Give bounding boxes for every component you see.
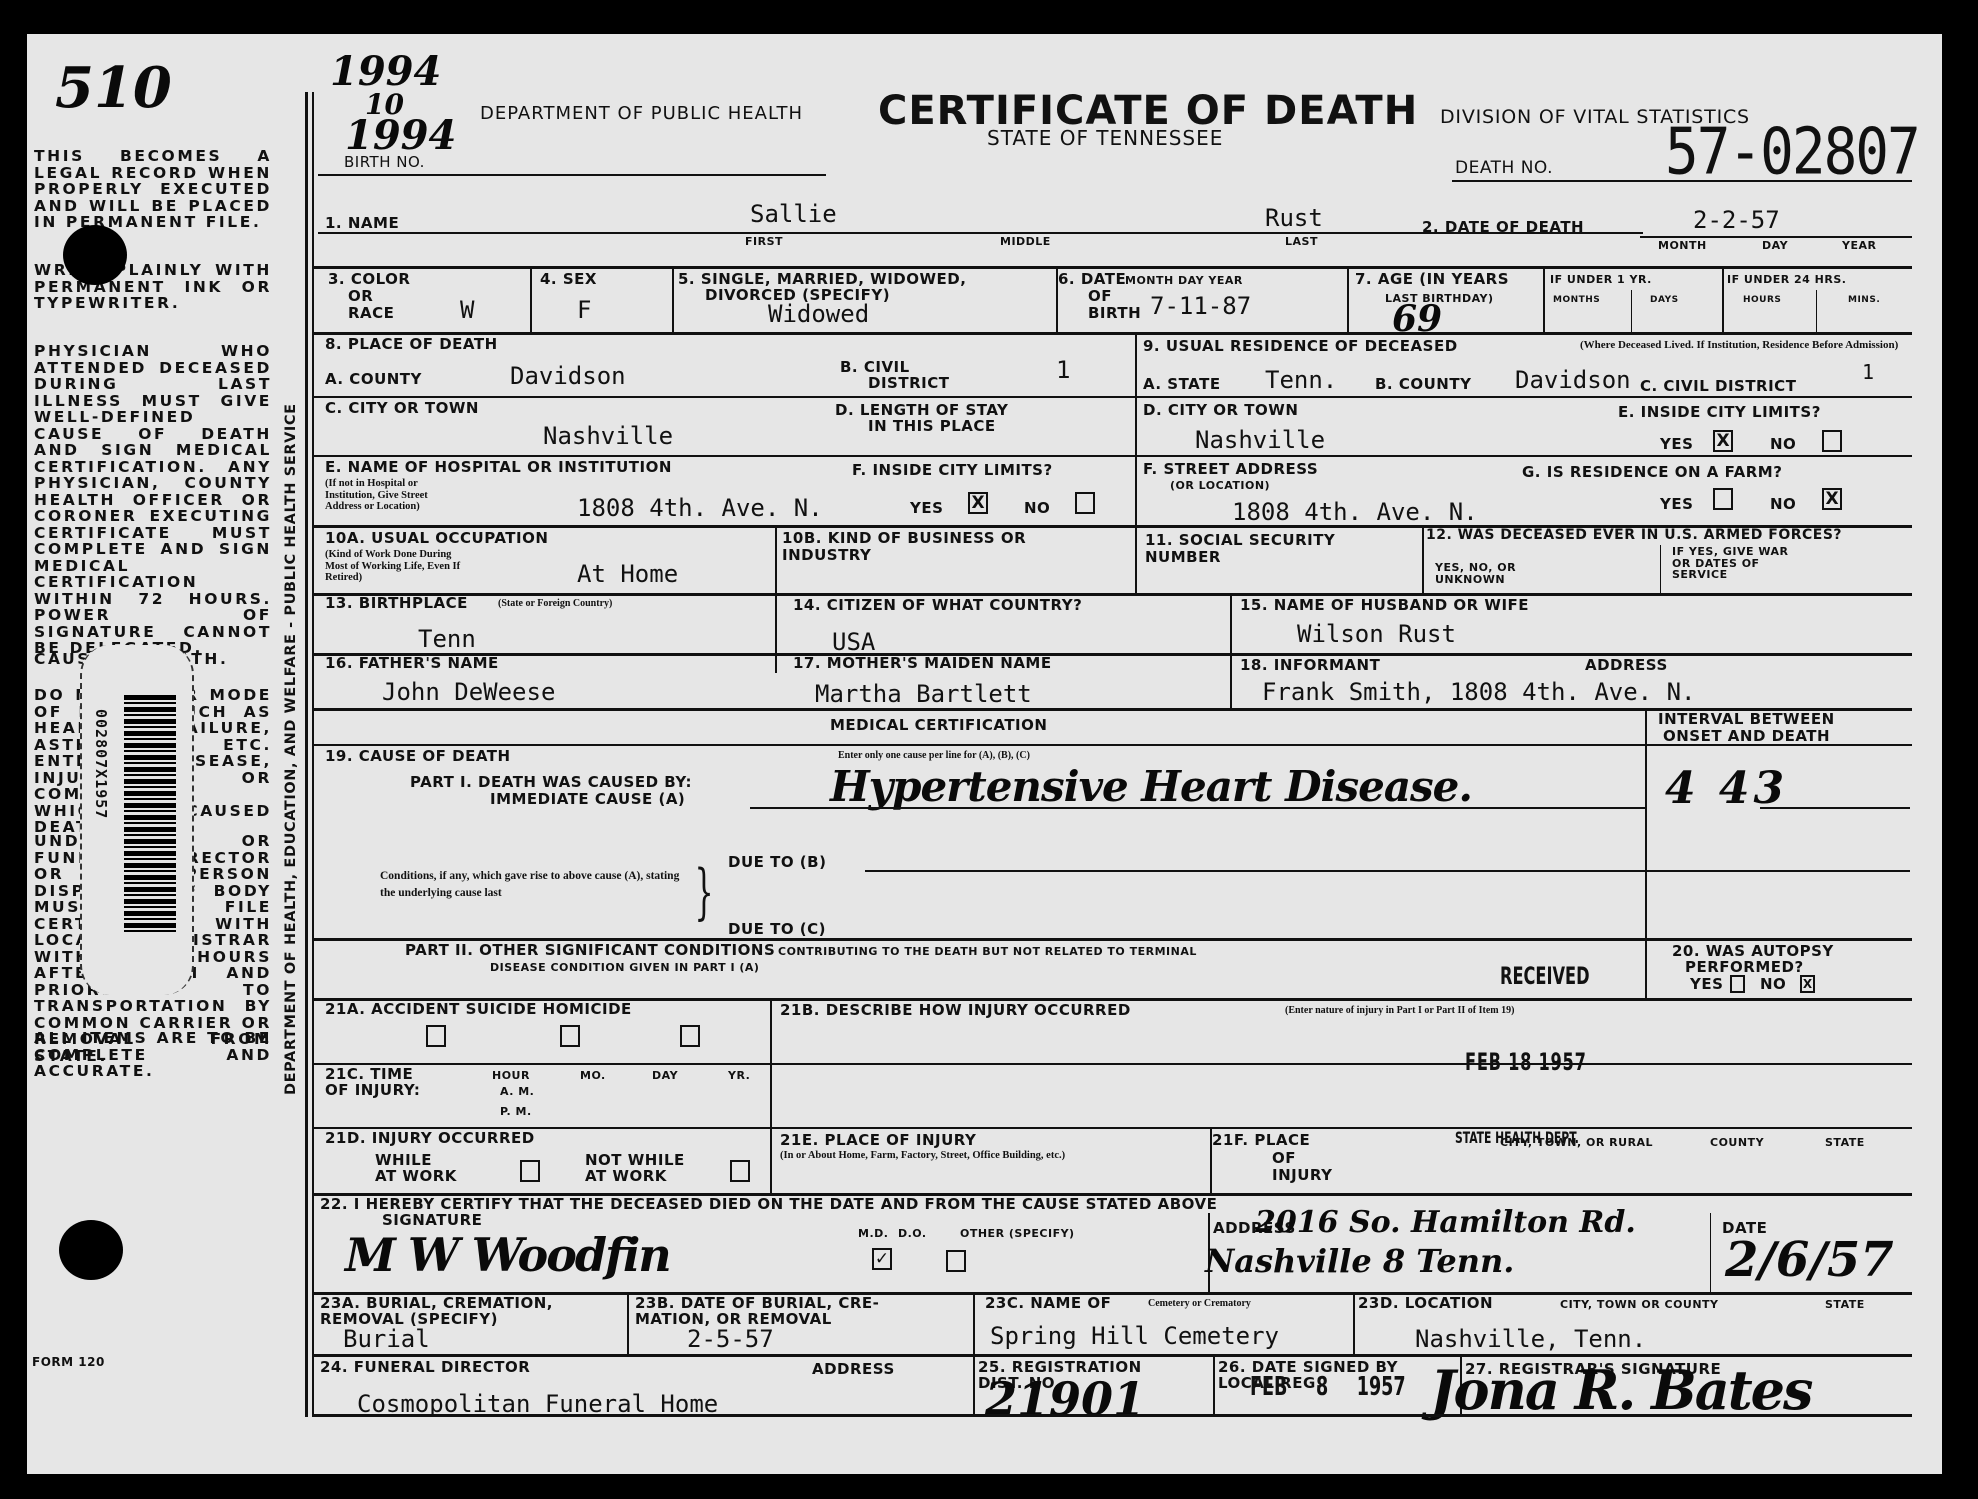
res-civil-district-label: C. CIVIL DISTRICT <box>1640 379 1796 395</box>
part2-label: PART II. OTHER SIGNIFICANT CONDITIONS <box>405 943 775 959</box>
mother-label: 17. MOTHER'S MAIDEN NAME <box>793 656 1052 672</box>
birthplace-note: (State or Foreign Country) <box>498 598 612 609</box>
ssn-label-2: NUMBER <box>1145 550 1221 566</box>
residence-note: (Where Deceased Lived. If Institution, R… <box>1580 339 1905 351</box>
res-street-label-1: F. STREET ADDRESS <box>1143 462 1318 478</box>
res-inside-yes-checkbox[interactable]: X <box>1713 430 1733 452</box>
dob-label-mdy: MONTH DAY YEAR <box>1125 275 1243 287</box>
autopsy-yes-label: YES <box>1690 977 1723 993</box>
day-label: DAY <box>1762 240 1788 252</box>
other-specify-label: OTHER (SPECIFY) <box>960 1228 1075 1240</box>
divider <box>312 744 1912 746</box>
physician-signature: M W Woodfin <box>345 1228 670 1282</box>
interval-line <box>1760 807 1910 809</box>
handwritten-birth-no-3: 1994 <box>345 112 456 159</box>
autopsy-yes-checkbox[interactable] <box>1730 975 1745 993</box>
divider <box>312 653 1912 656</box>
state-health-dept-stamp: STATE HEALTH DEPT. <box>1455 1128 1579 1147</box>
pm-label: P. M. <box>500 1106 532 1118</box>
divider <box>312 1063 1912 1065</box>
medical-heading: MEDICAL CERTIFICATION <box>830 718 1047 734</box>
birth-no-label: BIRTH NO. <box>344 155 425 171</box>
inj-day-label: DAY <box>652 1070 678 1082</box>
informant-label: 18. INFORMANT <box>1240 658 1380 674</box>
month-label: MONTH <box>1658 240 1707 252</box>
father-label: 16. FATHER'S NAME <box>325 656 499 672</box>
dob-label-3: BIRTH <box>1088 306 1141 322</box>
punch-hole-bottom <box>59 1220 123 1280</box>
certify-date-value: 2/6/57 <box>1725 1232 1894 1288</box>
res-civil-district-value[interactable]: 1 <box>1862 360 1874 384</box>
date-received-stamp: FEB 18 1957 <box>1465 1048 1587 1076</box>
md-checkbox[interactable]: ✓ <box>872 1248 892 1270</box>
injury-occurred-label: 21D. INJURY OCCURRED <box>325 1131 535 1147</box>
punch-hole-top <box>63 225 127 285</box>
divider <box>1353 1292 1355 1354</box>
occupation-note: (Kind of Work Done During Most of Workin… <box>325 549 475 584</box>
form-left-border-inner <box>312 92 314 1417</box>
informant-value[interactable]: Frank Smith, 1808 4th. Ave. N. <box>1262 678 1695 706</box>
accident-checkbox[interactable] <box>426 1025 446 1047</box>
color-label-1: 3. COLOR <box>328 272 410 288</box>
barcode-label: 002807X1957 <box>80 645 194 995</box>
business-label-2: INDUSTRY <box>782 548 871 564</box>
yr-label: YR. <box>728 1070 750 1082</box>
birthplace-label: 13. BIRTHPLACE <box>325 596 468 612</box>
place-f-label-3: INJURY <box>1272 1168 1333 1184</box>
vertical-department-label: DEPARTMENT OF HEALTH, EDUCATION, AND WEL… <box>283 403 299 1095</box>
md-label: M.D. <box>858 1228 888 1240</box>
pod-civil-district-value[interactable]: 1 <box>1056 356 1070 384</box>
inj-state-label: STATE <box>1825 1137 1865 1149</box>
res-farm-no-label: NO <box>1770 497 1796 513</box>
res-county-label: B. COUNTY <box>1375 377 1471 393</box>
res-farm-yes-checkbox[interactable] <box>1713 488 1733 510</box>
homicide-checkbox[interactable] <box>680 1025 700 1047</box>
location-note: CITY, TOWN OR COUNTY <box>1560 1299 1719 1311</box>
autopsy-no-checkbox[interactable]: X <box>1800 975 1815 993</box>
divider <box>1347 266 1349 332</box>
divider <box>1230 593 1232 708</box>
divider <box>530 266 532 332</box>
do-label: D.O. <box>898 1228 927 1240</box>
birth-no-line <box>318 174 826 176</box>
while-at-work-checkbox[interactable] <box>520 1160 540 1182</box>
divider <box>672 266 674 332</box>
pod-inside-yes-checkbox[interactable]: X <box>968 492 988 514</box>
place-of-death-heading: 8. PLACE OF DEATH <box>325 337 498 353</box>
death-no-label: DEATH NO. <box>1455 160 1553 178</box>
dob-label-2: OF <box>1088 289 1112 305</box>
divider <box>1135 332 1137 530</box>
divider <box>312 396 1912 398</box>
citizen-label: 14. CITIZEN OF WHAT COUNTRY? <box>793 598 1082 614</box>
place-of-injury-note: (In or About Home, Farm, Factory, Street… <box>780 1150 1200 1162</box>
form-bottom-line <box>312 1414 1912 1417</box>
divider <box>312 593 1912 596</box>
do-checkbox[interactable] <box>946 1250 966 1272</box>
first-label: FIRST <box>745 236 783 248</box>
res-city-label: D. CITY OR TOWN <box>1143 403 1298 419</box>
pod-civil-district-label-2: DISTRICT <box>868 376 949 392</box>
death-no-line <box>1452 180 1912 182</box>
pod-no-label: NO <box>1024 501 1050 517</box>
disposition-value[interactable]: Burial <box>343 1325 430 1353</box>
pod-county-value[interactable]: Davidson <box>510 362 626 390</box>
cause-a-line <box>750 807 1645 809</box>
notice-physician: PHYSICIAN WHO ATTENDED DECEASED DURING L… <box>34 343 272 657</box>
autopsy-label-2: PERFORMED? <box>1685 960 1804 976</box>
divider <box>312 1354 1912 1357</box>
suicide-checkbox[interactable] <box>560 1025 580 1047</box>
sex-value[interactable]: F <box>577 296 591 324</box>
divider <box>312 455 1912 457</box>
describe-injury-note: (Enter nature of injury in Part I or Par… <box>1285 1005 1514 1016</box>
mins-label: MINS. <box>1848 296 1880 305</box>
interval-label-2: ONSET AND DEATH <box>1663 729 1830 745</box>
part2-note-1: CONTRIBUTING TO THE DEATH BUT NOT RELATE… <box>778 946 1197 958</box>
res-farm-no-checkbox[interactable]: X <box>1822 488 1842 510</box>
res-state-label: A. STATE <box>1143 377 1221 393</box>
occupation-value[interactable]: At Home <box>577 560 678 588</box>
date-of-death-line <box>1640 236 1912 238</box>
location-value[interactable]: Nashville, Tenn. <box>1415 1325 1646 1353</box>
pod-hospital-label: E. NAME OF HOSPITAL OR INSTITUTION <box>325 460 672 476</box>
dob-label-1: 6. DATE <box>1058 272 1126 288</box>
res-farm-yes-label: YES <box>1660 497 1693 513</box>
handwritten-file-number: 510 <box>55 55 172 121</box>
year-label: YEAR <box>1842 240 1876 252</box>
divider <box>770 998 772 1193</box>
armed-forces-label: 12. WAS DECEASED EVER IN U.S. ARMED FORC… <box>1426 528 1842 543</box>
immediate-cause-value[interactable]: Hypertensive Heart Disease. <box>830 762 1472 811</box>
row2-top-line <box>312 266 1912 269</box>
divider <box>1213 1354 1215 1416</box>
mother-value[interactable]: Martha Bartlett <box>815 680 1032 708</box>
cemetery-value[interactable]: Spring Hill Cemetery <box>990 1322 1279 1350</box>
days-label: DAYS <box>1650 296 1679 305</box>
cause-of-death-label: 19. CAUSE OF DEATH <box>325 749 511 765</box>
date-of-death-value[interactable]: 2-2-57 <box>1693 206 1780 234</box>
cause-instruction: Enter only one cause per line for (A), (… <box>838 750 1030 761</box>
res-no-label: NO <box>1770 437 1796 453</box>
registrar-signature: Jona R. Bates <box>1430 1358 1811 1422</box>
notice-legal-record: THIS BECOMES A LEGAL RECORD WHEN PROPERL… <box>34 148 272 231</box>
pod-yes-label: YES <box>910 501 943 517</box>
certify-address-line-2: Nashville 8 Tenn. <box>1205 1242 1514 1280</box>
color-label-2: OR <box>348 289 373 305</box>
signature-label: SIGNATURE <box>382 1213 482 1229</box>
divider <box>973 1292 975 1354</box>
received-stamp: RECEIVED <box>1500 962 1590 990</box>
birthplace-value[interactable]: Tenn <box>418 625 476 653</box>
res-street-label-2: (OR LOCATION) <box>1170 480 1270 492</box>
department-label: DEPARTMENT OF PUBLIC HEALTH <box>480 105 803 124</box>
last-name-value[interactable]: Rust <box>1265 204 1323 232</box>
divider <box>1422 525 1424 593</box>
while-work-label-2: AT WORK <box>375 1169 457 1185</box>
pod-length-of-stay-label-2: IN THIS PLACE <box>868 419 996 435</box>
res-street-value[interactable]: 1808 4th. Ave. N. <box>1232 498 1478 526</box>
not-while-at-work-checkbox[interactable] <box>730 1160 750 1182</box>
color-value[interactable]: W <box>460 296 474 324</box>
certify-address-line-1: 2016 So. Hamilton Rd. <box>1255 1205 1636 1240</box>
describe-injury-label: 21B. DESCRIBE HOW INJURY OCCURRED <box>780 1003 1131 1019</box>
conditions-brace: } <box>695 862 714 922</box>
res-inside-limits-label: E. INSIDE CITY LIMITS? <box>1618 405 1821 421</box>
divider <box>1660 545 1661 593</box>
due-to-b-line <box>865 870 1910 872</box>
divider <box>1135 525 1137 593</box>
sex-label: 4. SEX <box>540 272 597 288</box>
divider <box>1722 266 1724 332</box>
divider <box>1631 290 1632 332</box>
pod-inside-limits-label: F. INSIDE CITY LIMITS? <box>852 463 1053 479</box>
notice-complete-accurate: ALL ITEMS ARE TO BE COMPLETE AND ACCURAT… <box>34 1030 272 1080</box>
months-label: MONTHS <box>1553 296 1600 305</box>
armed-war-label: IF YES, GIVE WAR OR DATES OF SERVICE <box>1672 546 1792 581</box>
res-yes-label: YES <box>1660 437 1693 453</box>
cemetery-note: Cemetery or Crematory <box>1148 1298 1251 1309</box>
informant-address-label: ADDRESS <box>1585 658 1668 674</box>
funeral-address-label: ADDRESS <box>812 1362 895 1378</box>
marital-value[interactable]: Widowed <box>768 300 869 328</box>
mo-label: MO. <box>580 1070 606 1082</box>
res-inside-no-checkbox[interactable] <box>1822 430 1842 452</box>
injury-type-label: 21A. ACCIDENT SUICIDE HOMICIDE <box>325 1002 632 1018</box>
place-of-injury-label: 21E. PLACE OF INJURY <box>780 1133 976 1149</box>
name-label: 1. NAME <box>325 216 399 232</box>
divider <box>1816 290 1817 332</box>
divider <box>1645 708 1647 998</box>
divider <box>627 1292 629 1354</box>
death-no-value: 57-02807 <box>1665 115 1919 190</box>
autopsy-no-label: NO <box>1760 977 1786 993</box>
divider <box>1710 1213 1711 1293</box>
under-24-hrs-label: IF UNDER 24 HRS. <box>1727 274 1846 286</box>
location-label: 23D. LOCATION <box>1358 1296 1493 1312</box>
pod-county-label: A. COUNTY <box>325 372 422 388</box>
cemetery-label: 23C. NAME OF <box>985 1296 1111 1312</box>
divider <box>312 1127 1912 1129</box>
hour-label: HOUR <box>492 1070 530 1082</box>
interval-label-1: INTERVAL BETWEEN <box>1658 712 1835 728</box>
residence-heading: 9. USUAL RESIDENCE OF DECEASED <box>1143 339 1458 355</box>
barcode-number: 002807X1957 <box>92 709 110 819</box>
pod-city-label: C. CITY OR TOWN <box>325 401 479 417</box>
armed-yes-no-label: YES, NO, OR UNKNOWN <box>1435 562 1545 585</box>
part1-label: PART I. DEATH WAS CAUSED BY: <box>410 775 692 791</box>
spouse-label: 15. NAME OF HUSBAND OR WIFE <box>1240 598 1529 614</box>
hours-label: HOURS <box>1743 296 1781 305</box>
part2-note-2: DISEASE CONDITION GIVEN IN PART I (A) <box>490 962 759 974</box>
res-state-value[interactable]: Tenn. <box>1265 366 1337 394</box>
date-signed-stamp: FEB 8 1957 <box>1250 1372 1406 1402</box>
burial-date-value[interactable]: 2-5-57 <box>687 1325 774 1353</box>
not-while-work-label-2: AT WORK <box>585 1169 667 1185</box>
occupation-label: 10A. USUAL OCCUPATION <box>325 531 548 547</box>
color-label-3: RACE <box>348 306 394 322</box>
citizen-value[interactable]: USA <box>832 628 875 656</box>
pod-hospital-note: (If not in Hospital or Institution, Give… <box>325 478 465 513</box>
form-left-border <box>305 92 308 1417</box>
first-name-value[interactable]: Sallie <box>750 200 837 228</box>
father-value[interactable]: John DeWeese <box>382 678 555 706</box>
pod-city-value[interactable]: Nashville <box>543 422 673 450</box>
date-of-death-label: 2. DATE OF DEATH <box>1422 220 1584 236</box>
reg-dist-value: 21901 <box>985 1372 1145 1426</box>
time-label-2: OF INJURY: <box>325 1083 420 1099</box>
pod-inside-no-checkbox[interactable] <box>1075 492 1095 514</box>
middle-label: MIDDLE <box>1000 236 1051 248</box>
res-farm-label: G. IS RESIDENCE ON A FARM? <box>1522 465 1782 481</box>
inj-county-label: COUNTY <box>1710 1137 1764 1149</box>
location-state-label: STATE <box>1825 1299 1865 1311</box>
immediate-cause-label: IMMEDIATE CAUSE (A) <box>490 792 685 808</box>
conditions-note: Conditions, if any, which gave rise to a… <box>380 868 680 901</box>
state-subtitle: STATE OF TENNESSEE <box>987 128 1223 149</box>
place-f-label-1: 21F. PLACE <box>1212 1133 1310 1149</box>
row3-top-line <box>312 332 1912 335</box>
res-county-value[interactable]: Davidson <box>1515 366 1631 394</box>
business-label-1: 10B. KIND OF BUSINESS OR <box>782 531 1026 547</box>
due-to-b-label: DUE TO (B) <box>728 855 826 871</box>
res-city-value[interactable]: Nashville <box>1195 426 1325 454</box>
age-label-1: 7. AGE (IN YEARS <box>1355 272 1509 288</box>
divider <box>973 1354 975 1416</box>
dob-value[interactable]: 7-11-87 <box>1150 292 1251 320</box>
divider <box>775 525 777 673</box>
am-label: A. M. <box>500 1086 534 1098</box>
spouse-value[interactable]: Wilson Rust <box>1297 620 1456 648</box>
place-f-label-2: OF <box>1272 1151 1296 1167</box>
last-label: LAST <box>1285 236 1318 248</box>
barcode-bars <box>124 695 176 935</box>
form-number: FORM 120 <box>32 1356 105 1369</box>
due-to-c-label: DUE TO (C) <box>728 922 826 938</box>
funeral-director-label: 24. FUNERAL DIRECTOR <box>320 1360 530 1376</box>
divider <box>1543 266 1545 332</box>
under-1-yr-label: IF UNDER 1 YR. <box>1550 274 1652 286</box>
pod-hospital-value[interactable]: 1808 4th. Ave. N. <box>577 494 823 522</box>
ssn-label-1: 11. SOCIAL SECURITY <box>1145 533 1335 549</box>
